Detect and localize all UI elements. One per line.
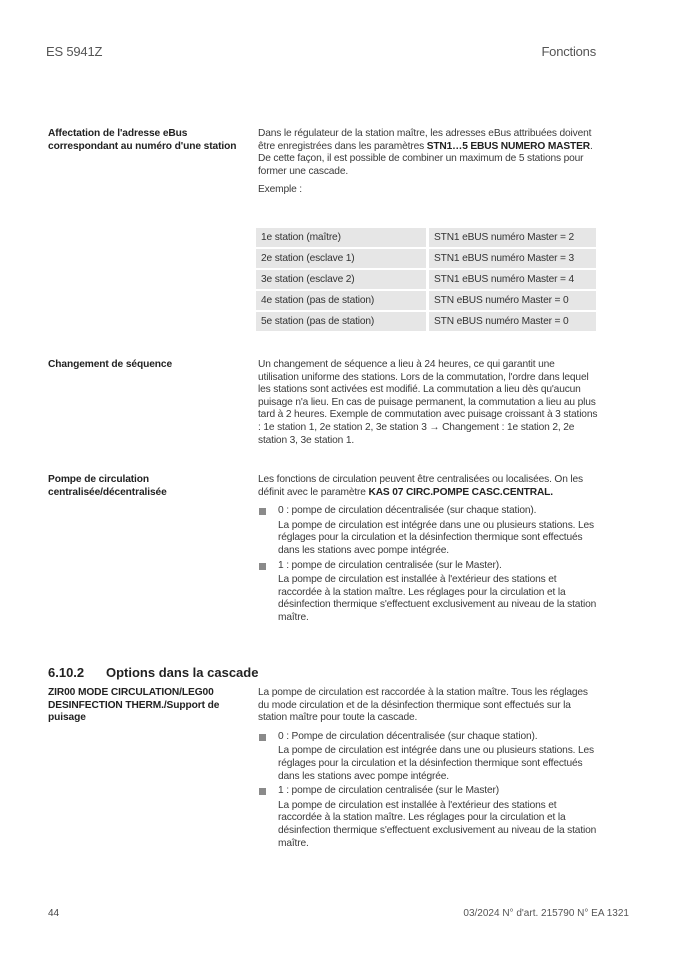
- parameter-cell: STN1 eBUS numéro Master = 4: [429, 270, 596, 289]
- option-title: 1 : pompe de circulation centralisée (su…: [278, 785, 598, 798]
- station-cell: 3e station (esclave 2): [256, 270, 429, 289]
- sequence-body: Un changement de séquence a lieu à 24 he…: [258, 359, 598, 447]
- station-cell: 4e station (pas de station): [256, 291, 429, 310]
- chapter-title: Fonctions: [541, 44, 596, 59]
- table-row: 4e station (pas de station)STN eBUS numé…: [256, 291, 596, 310]
- square-bullet-icon: [259, 508, 266, 515]
- list-item: 0 : Pompe de circulation décentralisée (…: [258, 731, 598, 783]
- option-description: La pompe de circulation est installée à …: [278, 574, 598, 624]
- footer-info: 03/2024 N° d'art. 215790 N° EA 1321: [463, 908, 629, 919]
- example-label: Exemple :: [258, 184, 598, 197]
- table-row: 1e station (maître)STN1 eBUS numéro Mast…: [256, 228, 596, 247]
- station-cell: 1e station (maître): [256, 228, 429, 247]
- list-item: 1 : pompe de circulation centralisée (su…: [258, 560, 598, 625]
- square-bullet-icon: [259, 734, 266, 741]
- table-row: 2e station (esclave 1)STN1 eBUS numéro M…: [256, 249, 596, 268]
- sequence-label: Changement de séquence: [48, 359, 243, 372]
- ebus-example-table: 1e station (maître)STN1 eBUS numéro Mast…: [256, 226, 596, 333]
- ebus-label: Affectation de l'adresse eBus correspond…: [48, 128, 243, 153]
- option-description: La pompe de circulation est installée à …: [278, 800, 598, 850]
- option-title: 1 : pompe de circulation centralisée (su…: [278, 560, 598, 573]
- station-cell: 5e station (pas de station): [256, 312, 429, 331]
- pump-options-list: 0 : pompe de circulation décentralisée (…: [258, 505, 598, 624]
- option-description: La pompe de circulation est intégrée dan…: [278, 745, 598, 783]
- ebus-body: Dans le régulateur de la station maître,…: [258, 128, 598, 197]
- section-title: Options dans la cascade: [106, 665, 258, 680]
- page-number: 44: [48, 908, 59, 919]
- parameter-cell: STN eBUS numéro Master = 0: [429, 291, 596, 310]
- options-description: La pompe de circulation est raccordée à …: [258, 687, 598, 725]
- list-item: 0 : pompe de circulation décentralisée (…: [258, 505, 598, 557]
- parameter-cell: STN eBUS numéro Master = 0: [429, 312, 596, 331]
- section-number: 6.10.2: [48, 665, 106, 680]
- option-title: 0 : Pompe de circulation décentralisée (…: [278, 731, 598, 744]
- pump-description: Les fonctions de circulation peuvent êtr…: [258, 474, 598, 499]
- table-row: 3e station (esclave 2)STN1 eBUS numéro M…: [256, 270, 596, 289]
- square-bullet-icon: [259, 788, 266, 795]
- options-label: ZIR00 MODE CIRCULATION/LEG00 DESINFECTIO…: [48, 687, 243, 725]
- parameter-cell: STN1 eBUS numéro Master = 2: [429, 228, 596, 247]
- sequence-description: Un changement de séquence a lieu à 24 he…: [258, 359, 598, 447]
- document-product-code: ES 5941Z: [46, 44, 102, 59]
- pump-body: Les fonctions de circulation peuvent êtr…: [258, 474, 598, 627]
- ebus-description: Dans le régulateur de la station maître,…: [258, 128, 598, 178]
- square-bullet-icon: [259, 563, 266, 570]
- option-title: 0 : pompe de circulation décentralisée (…: [278, 505, 598, 518]
- parameter-cell: STN1 eBUS numéro Master = 3: [429, 249, 596, 268]
- section-heading: 6.10.2Options dans la cascade: [48, 665, 258, 680]
- list-item: 1 : pompe de circulation centralisée (su…: [258, 785, 598, 850]
- options-body: La pompe de circulation est raccordée à …: [258, 687, 598, 852]
- options-list: 0 : Pompe de circulation décentralisée (…: [258, 731, 598, 850]
- table-row: 5e station (pas de station)STN eBUS numé…: [256, 312, 596, 331]
- station-cell: 2e station (esclave 1): [256, 249, 429, 268]
- pump-label: Pompe de circulation centralisée/décentr…: [48, 474, 208, 499]
- option-description: La pompe de circulation est intégrée dan…: [278, 520, 598, 558]
